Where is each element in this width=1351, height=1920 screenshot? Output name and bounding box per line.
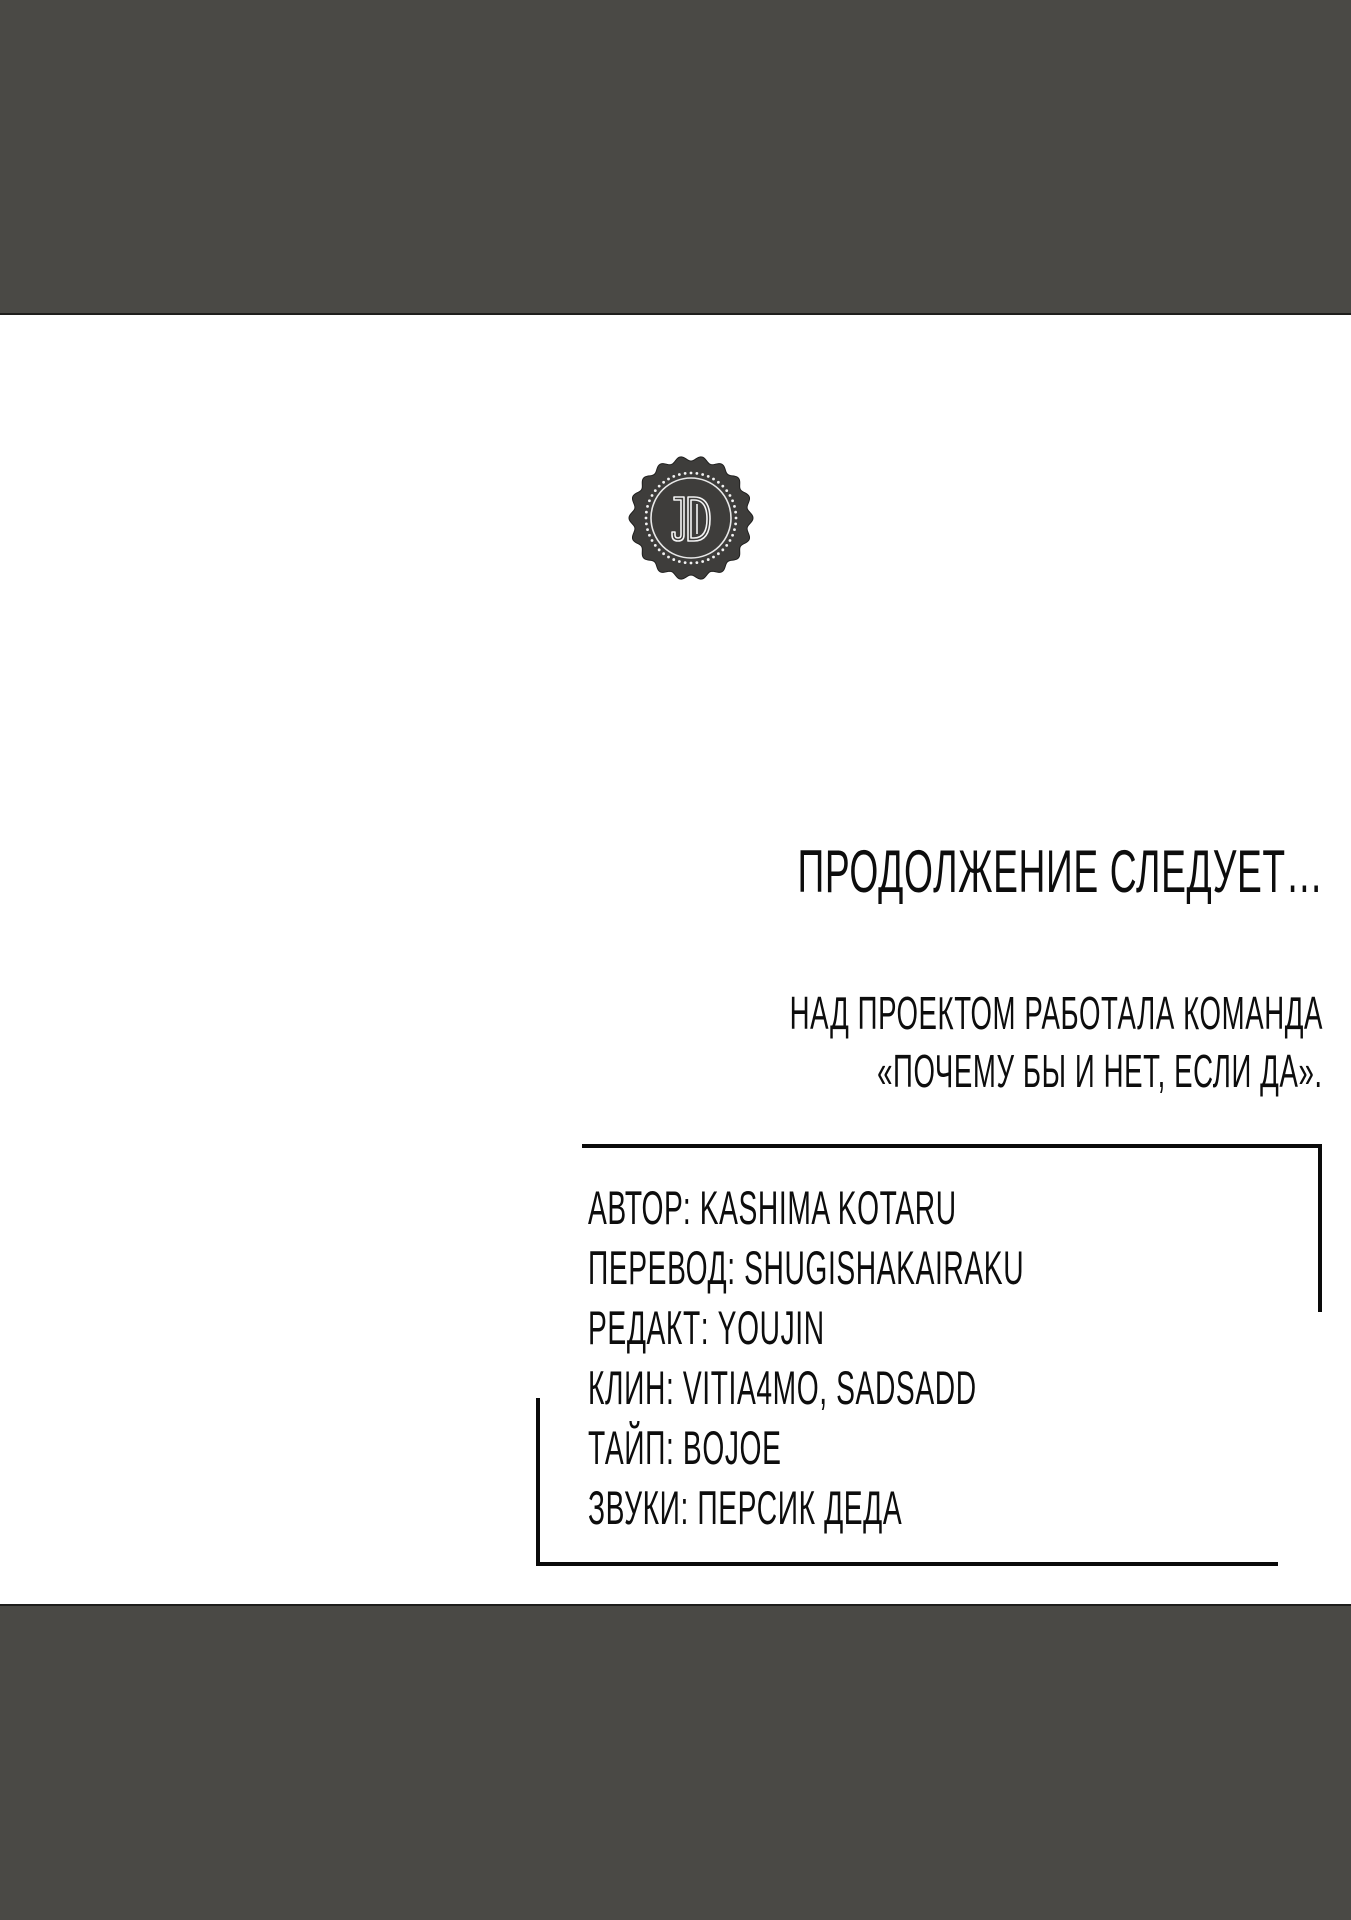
- jd-seal-logo-icon: [628, 455, 754, 581]
- credit-name: SHUGISHAKAIRAKU: [744, 1241, 1024, 1294]
- credit-separator: :: [666, 1421, 683, 1474]
- credit-role: КЛИН: [588, 1361, 666, 1414]
- credit-translation: ПЕРЕВОД: SHUGISHAKAIRAKU: [588, 1243, 1024, 1303]
- credit-typesetter: ТАЙП: BOJOE: [588, 1423, 1024, 1483]
- credit-sounds: ЗВУКИ: ПЕРСИК ДЕДА: [588, 1483, 1024, 1543]
- credit-name: KASHIMA KOTARU: [700, 1181, 957, 1234]
- credit-editor: РЕДАКТ: YOUJIN: [588, 1303, 1024, 1363]
- credit-cleaner: КЛИН: VITIA4MO, SADSADD: [588, 1363, 1024, 1423]
- frame-bottom-line: [536, 1562, 1278, 1566]
- team-line-1: НАД ПРОЕКТОМ РАБОТАЛА КОМАНДА: [790, 988, 1323, 1038]
- frame-left-line: [536, 1398, 540, 1566]
- credit-separator: :: [681, 1481, 698, 1534]
- bottom-gray-band: [0, 1604, 1351, 1920]
- top-gray-band: [0, 0, 1351, 315]
- frame-right-line: [1318, 1144, 1322, 1312]
- credit-name: YOUJIN: [718, 1301, 825, 1354]
- credit-name: BOJOE: [683, 1421, 782, 1474]
- credit-author: АВТОР: KASHIMA KOTARU: [588, 1183, 1024, 1243]
- credit-role: АВТОР: [588, 1181, 683, 1234]
- to-be-continued-title: ПРОДОЛЖЕНИЕ СЛЕДУЕТ…: [798, 840, 1324, 904]
- credit-role: ЗВУКИ: [588, 1481, 681, 1534]
- credit-separator: :: [727, 1241, 744, 1294]
- credit-separator: :: [683, 1181, 700, 1234]
- credit-role: РЕДАКТ: [588, 1301, 701, 1354]
- frame-top-line: [582, 1144, 1322, 1148]
- team-line-2: «ПОЧЕМУ БЫ И НЕТ, ЕСЛИ ДА».: [877, 1046, 1323, 1096]
- credit-name: VITIA4MO, SADSADD: [683, 1361, 977, 1414]
- credits-list: АВТОР: KASHIMA KOTARU ПЕРЕВОД: SHUGISHAK…: [588, 1183, 1315, 1543]
- credit-role: ТАЙП: [588, 1421, 666, 1474]
- credit-separator: :: [701, 1301, 718, 1354]
- credit-name: ПЕРСИК ДЕДА: [697, 1481, 902, 1534]
- credit-role: ПЕРЕВОД: [588, 1241, 727, 1294]
- credit-separator: :: [666, 1361, 683, 1414]
